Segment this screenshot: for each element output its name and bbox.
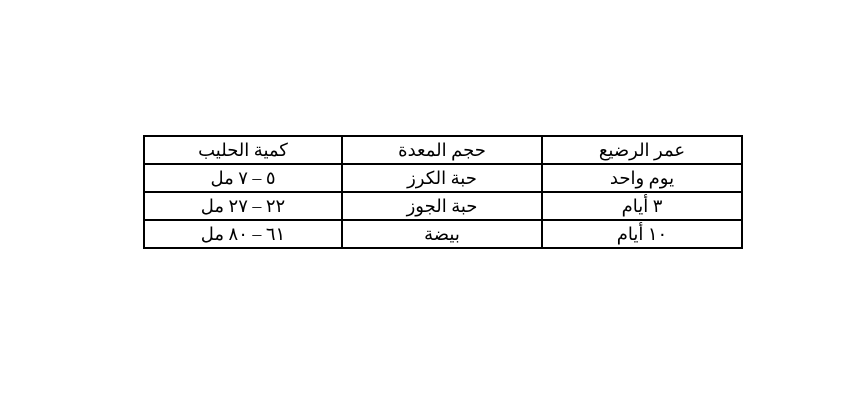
header-milk-amount: كمية الحليب <box>144 136 342 164</box>
cell-infant-age: ١٠ أيام <box>542 220 742 248</box>
table-header-row: عمر الرضيع حجم المعدة كمية الحليب <box>144 136 742 164</box>
cell-milk-amount: ٥ – ٧ مل <box>144 164 342 192</box>
cell-stomach-size: حبة الكرز <box>342 164 542 192</box>
cell-infant-age: يوم واحد <box>542 164 742 192</box>
table-row: ٣ أيام حبة الجوز ٢٢ – ٢٧ مل <box>144 192 742 220</box>
table-row: ١٠ أيام بيضة ٦١ – ٨٠ مل <box>144 220 742 248</box>
header-stomach-size: حجم المعدة <box>342 136 542 164</box>
infant-stomach-size-table: عمر الرضيع حجم المعدة كمية الحليب يوم وا… <box>143 135 743 249</box>
cell-milk-amount: ٦١ – ٨٠ مل <box>144 220 342 248</box>
cell-stomach-size: بيضة <box>342 220 542 248</box>
table-row: يوم واحد حبة الكرز ٥ – ٧ مل <box>144 164 742 192</box>
cell-milk-amount: ٢٢ – ٢٧ مل <box>144 192 342 220</box>
cell-stomach-size: حبة الجوز <box>342 192 542 220</box>
cell-infant-age: ٣ أيام <box>542 192 742 220</box>
document-page: عمر الرضيع حجم المعدة كمية الحليب يوم وا… <box>0 0 862 403</box>
header-infant-age: عمر الرضيع <box>542 136 742 164</box>
